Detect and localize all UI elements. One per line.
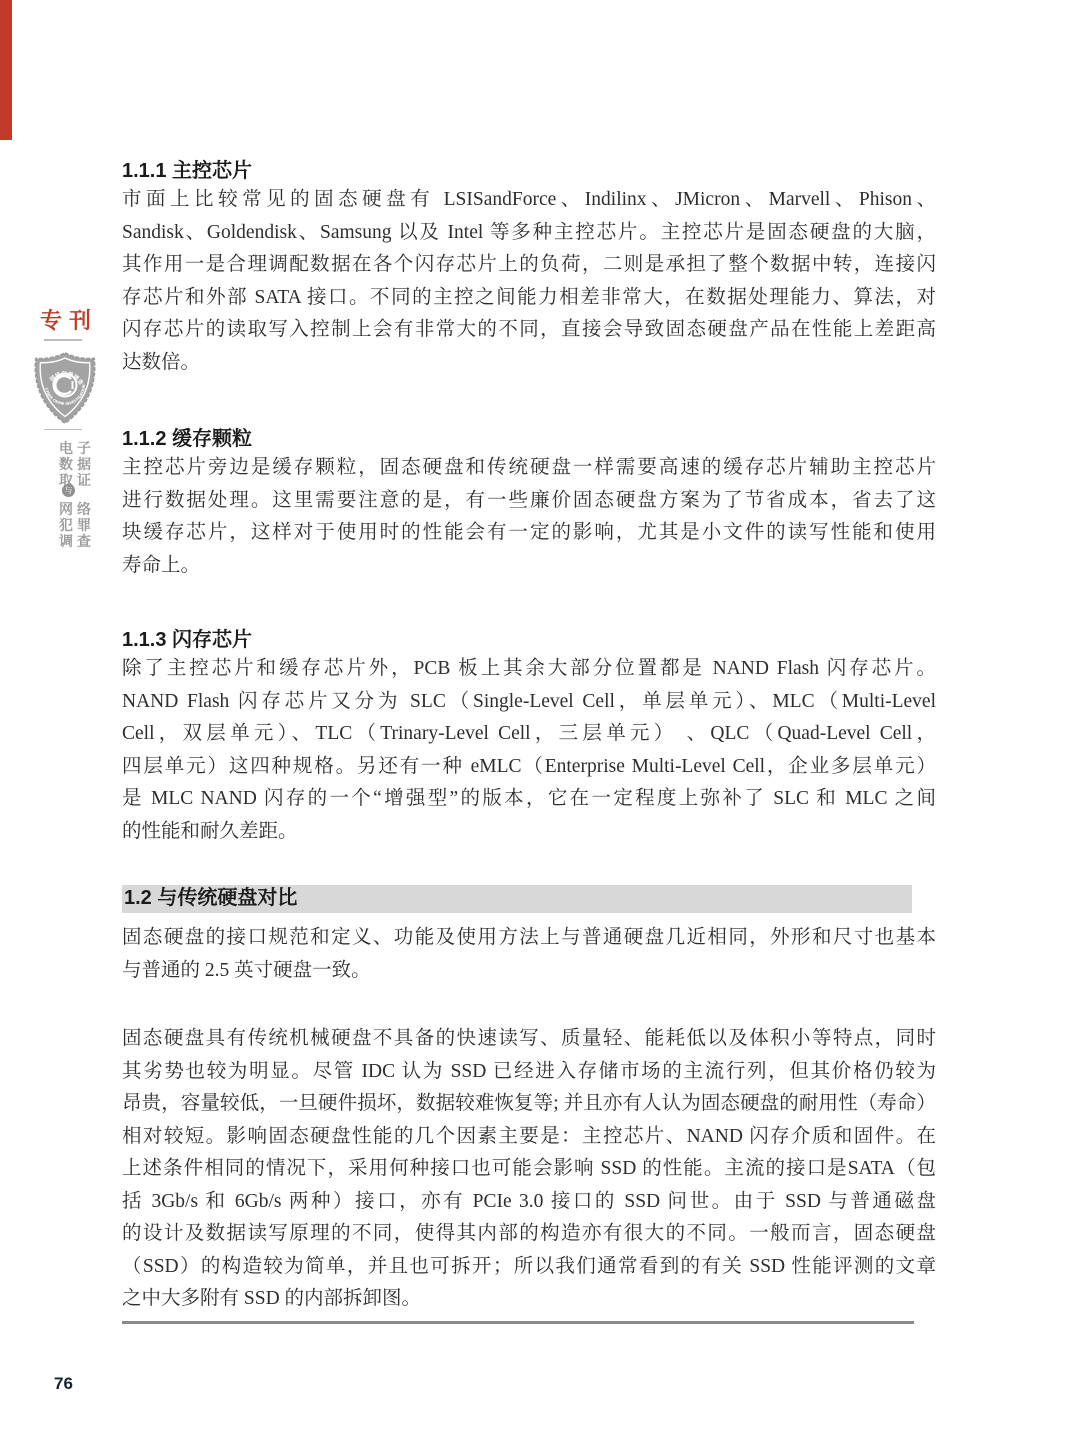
sidebar-divider — [44, 339, 82, 341]
paragraph-nand-flash: 除了主控芯片和缓存芯片外，PCB 板上其余大部分位置都是 NAND Flash … — [122, 653, 936, 848]
body-text-line: Cell，双层单元）、TLC（Trinary-Level Cell，三层单元） … — [122, 718, 936, 751]
body-text-line: 上述条件相同的情况下，采用何种接口也可能会影响 SSD 的性能。主流的接口是SA… — [122, 1153, 936, 1186]
body-text-line: 市面上比较常见的固态硬盘有 LSISandForce、Indilinx、JMic… — [122, 184, 936, 217]
body-text-line: 寿命上。 — [122, 550, 936, 583]
corner-accent-bar — [0, 0, 12, 140]
sidebar-caption-row: 取证 — [40, 472, 110, 488]
body-text-line: 闪存芯片的读取写入控制上会有非常大的不同，直接会导致固态硬盘产品在性能上差距高 — [122, 314, 936, 347]
issue-label: 专刊 — [40, 304, 100, 335]
sidebar-caption-forensics: 电子数据取证 — [40, 440, 110, 488]
section-heading-highlight-bar: 1.2 与传统硬盘对比 — [122, 885, 912, 913]
sidebar-caption-row: 犯罪 — [40, 517, 110, 533]
body-text-line: 是 MLC NAND 闪存的一个“增强型”的版本，它在一定程度上弥补了 SLC … — [122, 783, 936, 816]
body-text-line: 的性能和耐久差距。 — [122, 816, 936, 849]
body-text-line: 括 3Gb/s 和 6Gb/s 两种）接口，亦有 PCIe 3.0 接口的 SS… — [122, 1186, 936, 1219]
paragraph-cache: 主控芯片旁边是缓存颗粒，固态硬盘和传统硬盘一样需要高速的缓存芯片辅助主控芯片进行… — [122, 452, 936, 582]
body-text-line: 其劣势也较为明显。尽管 IDC 认为 SSD 已经进入存储市场的主流行列，但其价… — [122, 1056, 936, 1089]
section-heading-1-1-3: 1.1.3 闪存芯片 — [122, 623, 936, 652]
page-number: 76 — [54, 1374, 73, 1394]
sidebar-caption-row: 数据 — [40, 456, 110, 472]
body-text-line: 相对较短。影响固态硬盘性能的几个因素主要是：主控芯片、NAND 闪存介质和固件。… — [122, 1121, 936, 1154]
sidebar-caption-row: 网络 — [40, 501, 110, 517]
body-text-line: 主控芯片旁边是缓存颗粒，固态硬盘和传统硬盘一样需要高速的缓存芯片辅助主控芯片 — [122, 452, 936, 485]
section-heading-1-1-2: 1.1.2 缓存颗粒 — [122, 422, 936, 451]
body-text-line: 与普通的 2.5 英寸硬盘一致。 — [122, 955, 936, 988]
body-text-line: 之中大多附有 SSD 的内部拆卸图。 — [122, 1283, 936, 1316]
body-text-line: 固态硬盘具有传统机械硬盘不具备的快速读写、质量轻、能耗低以及体积小等特点，同时 — [122, 1023, 936, 1056]
body-text-line: 的设计及数据读写原理的不同，使得其内部的构造亦有很大的不同。一般而言，固态硬盘 — [122, 1218, 936, 1251]
body-text-line: （SSD）的构造较为简单，并且也可拆开；所以我们通常看到的有关 SSD 性能评测… — [122, 1251, 936, 1284]
section-heading-1-2: 1.2 与传统硬盘对比 — [122, 885, 912, 912]
body-text-line: NAND Flash 闪存芯片又分为 SLC（Single-Level Cell… — [122, 686, 936, 719]
footer-rule — [122, 1321, 914, 1324]
sidebar-caption-cybercrime: 网络犯罪调查 — [40, 501, 110, 549]
sidebar-caption-row: 调查 — [40, 533, 110, 549]
paragraph-master-chip: 市面上比较常见的固态硬盘有 LSISandForce、Indilinx、JMic… — [122, 184, 936, 379]
body-text-line: 除了主控芯片和缓存芯片外，PCB 板上其余大部分位置都是 NAND Flash … — [122, 653, 936, 686]
paragraph-comparison-intro: 固态硬盘的接口规范和定义、功能及使用方法上与普通硬盘几近相同，外形和尺寸也基本与… — [122, 922, 936, 987]
body-text-line: Sandisk、Goldendisk、Samsung 以及 Intel 等多种主… — [122, 217, 936, 250]
sidebar-caption-row: 电子 — [40, 440, 110, 456]
paragraph-comparison-detail: 固态硬盘具有传统机械硬盘不具备的快速读写、质量轻、能耗低以及体积小等特点，同时其… — [122, 1023, 936, 1316]
magazine-page: 专刊 网络犯罪调查 CYBER CRIME INVESTIGATION 电子数据… — [0, 0, 1071, 1449]
body-text-line: 固态硬盘的接口规范和定义、功能及使用方法上与普通硬盘几近相同，外形和尺寸也基本 — [122, 922, 936, 955]
shield-badge-icon: 网络犯罪调查 CYBER CRIME INVESTIGATION — [31, 351, 99, 425]
body-text-line: 达数倍。 — [122, 347, 936, 380]
body-text-line: 四层单元）这四种规格。另还有一种 eMLC（Enterprise Multi-L… — [122, 751, 936, 784]
body-text-line: 其作用一是合理调配数据在各个闪存芯片上的负荷，二则是承担了整个数据中转，连接闪 — [122, 249, 936, 282]
sidebar-divider — [44, 429, 82, 430]
body-text-line: 昂贵，容量较低，一旦硬件损坏，数据较难恢复等; 并且亦有人认为固态硬盘的耐用性（… — [122, 1088, 936, 1121]
body-text-line: 存芯片和外部 SATA 接口。不同的主控之间能力相差非常大，在数据处理能力、算法… — [122, 282, 936, 315]
body-text-line: 块缓存芯片，这样对于使用时的性能会有一定的影响，尤其是小文件的读写性能和使用 — [122, 517, 936, 550]
section-heading-1-1-1: 1.1.1 主控芯片 — [122, 154, 936, 183]
body-text-line: 进行数据处理。这里需要注意的是，有一些廉价固态硬盘方案为了节省成本，省去了这 — [122, 485, 936, 518]
circle-glyph-icon: 与 — [62, 484, 75, 497]
